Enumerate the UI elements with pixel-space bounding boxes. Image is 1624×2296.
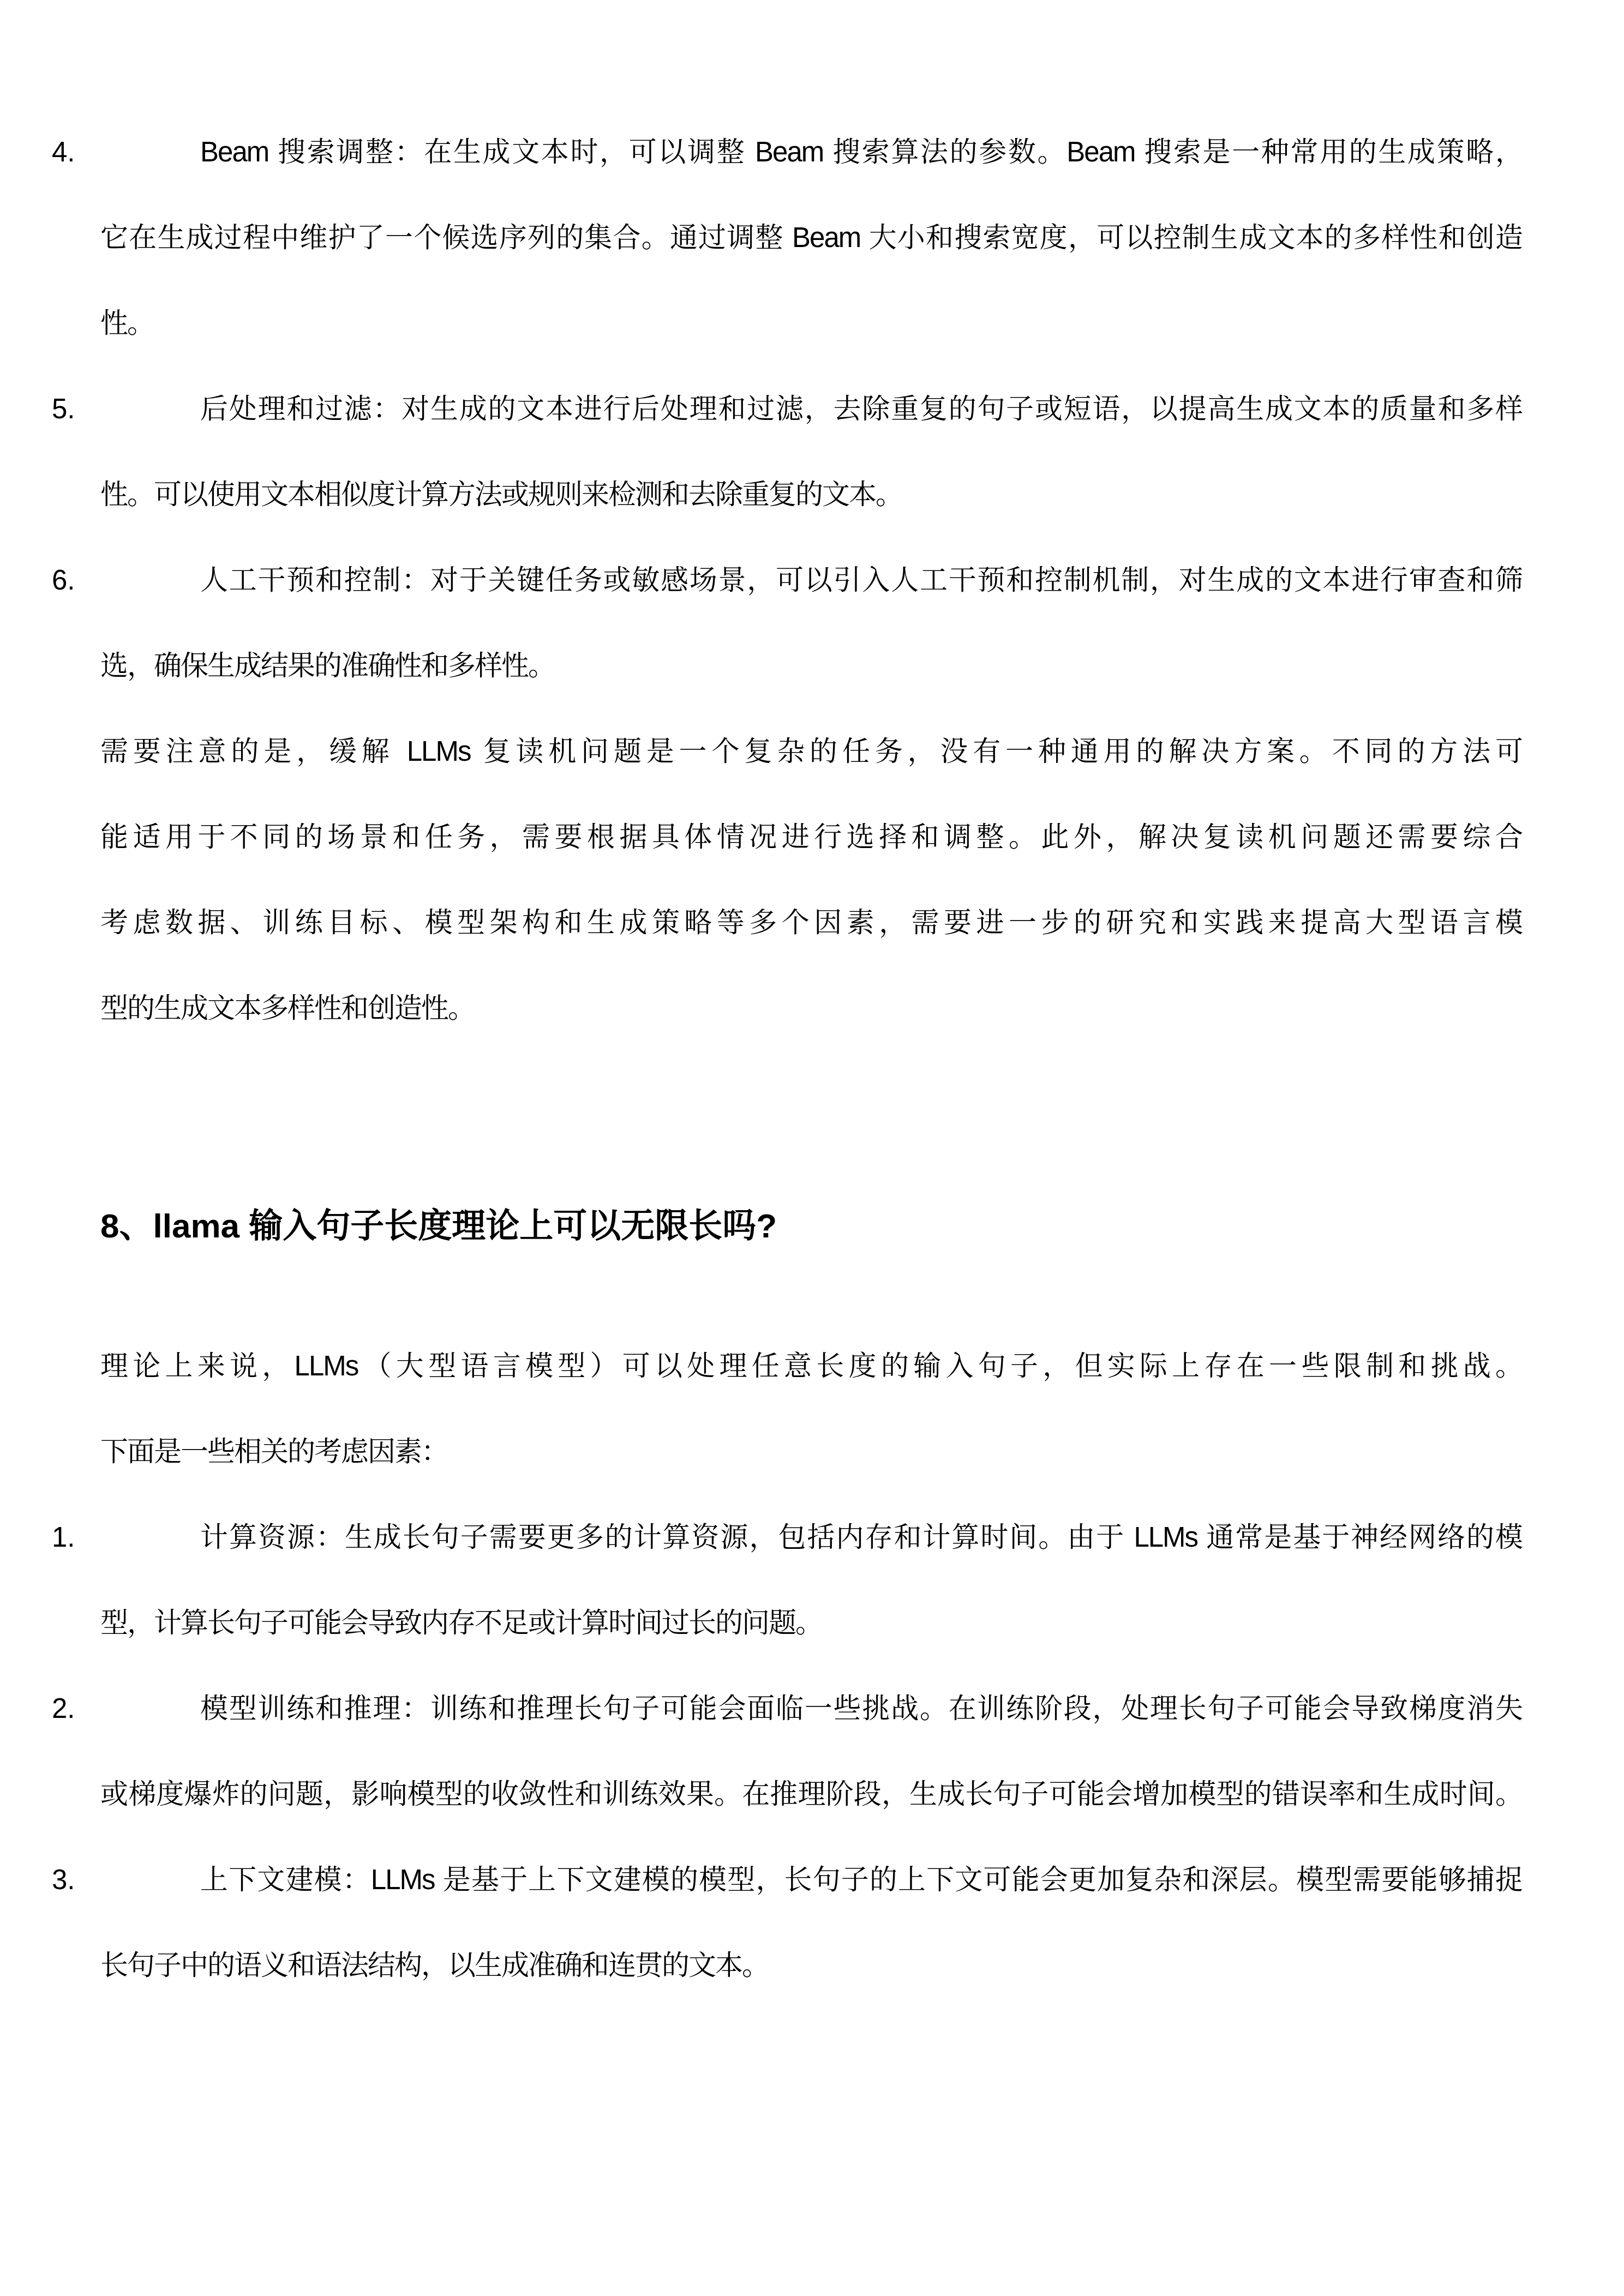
list-item-3-line-2: 长句子中的语义和语法结构，以生成准确和连贯的文本。 <box>100 1922 1522 2008</box>
list-item-4-line-2: 它在生成过程中维护了一个候选序列的集合。通过调整 Beam 大小和搜索宽度，可以… <box>100 195 1522 280</box>
list-item-1-line-2: 型，计算长句子可能会导致内存不足或计算时间过长的问题。 <box>100 1580 1522 1666</box>
list-number-3: 3. <box>52 1837 161 1922</box>
list-item-4-line-3: 性。 <box>100 280 1522 366</box>
section-8-body: 理论上来说，LLMs（大型语言模型）可以处理任意长度的输入句子，但实际上存在一些… <box>0 1323 1624 2008</box>
list-item-2-line-2: 或梯度爆炸的问题，影响模型的收敛性和训练效果。在推理阶段，生成长句子可能会增加模… <box>100 1751 1522 1837</box>
intro-paragraph-line-2: 下面是一些相关的考虑因素： <box>100 1409 1522 1494</box>
list-number-4: 4. <box>52 109 161 195</box>
text-line: 人工干预和控制：对于关键任务或敏感场景，可以引入人工干预和控制机制，对生成的文本… <box>200 564 1522 596</box>
closing-paragraph-line-4: 型的生成文本多样性和创造性。 <box>100 965 1522 1051</box>
list-item-6-line-2: 选，确保生成结果的准确性和多样性。 <box>100 623 1522 708</box>
text-line: 上下文建模：LLMs 是基于上下文建模的模型，长句子的上下文可能会更加复杂和深层… <box>200 1864 1522 1895</box>
list-item-5-line-1: 5.后处理和过滤：对生成的文本进行后处理和过滤，去除重复的句子或短语，以提高生成… <box>200 366 1522 452</box>
list-number-2: 2. <box>52 1666 161 1751</box>
document-page: { "colors": { "text": "#000000", "backgr… <box>0 0 1624 2296</box>
list-item-3-line-1: 3.上下文建模：LLMs 是基于上下文建模的模型，长句子的上下文可能会更加复杂和… <box>200 1837 1522 1922</box>
closing-paragraph-line-1: 需要注意的是，缓解 LLMs 复读机问题是一个复杂的任务，没有一种通用的解决方案… <box>100 708 1522 794</box>
list-item-1-line-1: 1.计算资源：生成长句子需要更多的计算资源，包括内存和计算时间。由于 LLMs … <box>200 1494 1522 1580</box>
list-item-6-line-1: 6.人工干预和控制：对于关键任务或敏感场景，可以引入人工干预和控制机制，对生成的… <box>200 537 1522 623</box>
text-line: 后处理和过滤：对生成的文本进行后处理和过滤，去除重复的句子或短语，以提高生成文本… <box>200 393 1522 424</box>
intro-paragraph-line-1: 理论上来说，LLMs（大型语言模型）可以处理任意长度的输入句子，但实际上存在一些… <box>100 1323 1522 1409</box>
closing-paragraph-line-2: 能适用于不同的场景和任务，需要根据具体情况进行选择和调整。此外，解决复读机问题还… <box>100 794 1522 880</box>
list-number-6: 6. <box>52 537 161 623</box>
text-line: 计算资源：生成长句子需要更多的计算资源，包括内存和计算时间。由于 LLMs 通常… <box>200 1522 1522 1553</box>
list-item-4-line-1: 4.Beam 搜索调整：在生成文本时，可以调整 Beam 搜索算法的参数。Bea… <box>200 109 1522 195</box>
document-body: 4.Beam 搜索调整：在生成文本时，可以调整 Beam 搜索算法的参数。Bea… <box>0 0 1624 2008</box>
list-number-1: 1. <box>52 1494 161 1580</box>
text-line: 模型训练和推理：训练和推理长句子可能会面临一些挑战。在训练阶段，处理长句子可能会… <box>200 1693 1522 1724</box>
list-item-2-line-1: 2.模型训练和推理：训练和推理长句子可能会面临一些挑战。在训练阶段，处理长句子可… <box>200 1666 1522 1751</box>
section-heading: 8、llama 输入句子长度理论上可以无限长吗? <box>100 1183 1522 1269</box>
closing-paragraph-line-3: 考虑数据、训练目标、模型架构和生成策略等多个因素，需要进一步的研究和实践来提高大… <box>100 880 1522 965</box>
list-item-5-line-2: 性。可以使用文本相似度计算方法或规则来检测和去除重复的文本。 <box>100 452 1522 537</box>
text-line: Beam 搜索调整：在生成文本时，可以调整 Beam 搜索算法的参数。Beam … <box>200 136 1522 167</box>
list-number-5: 5. <box>52 366 161 452</box>
